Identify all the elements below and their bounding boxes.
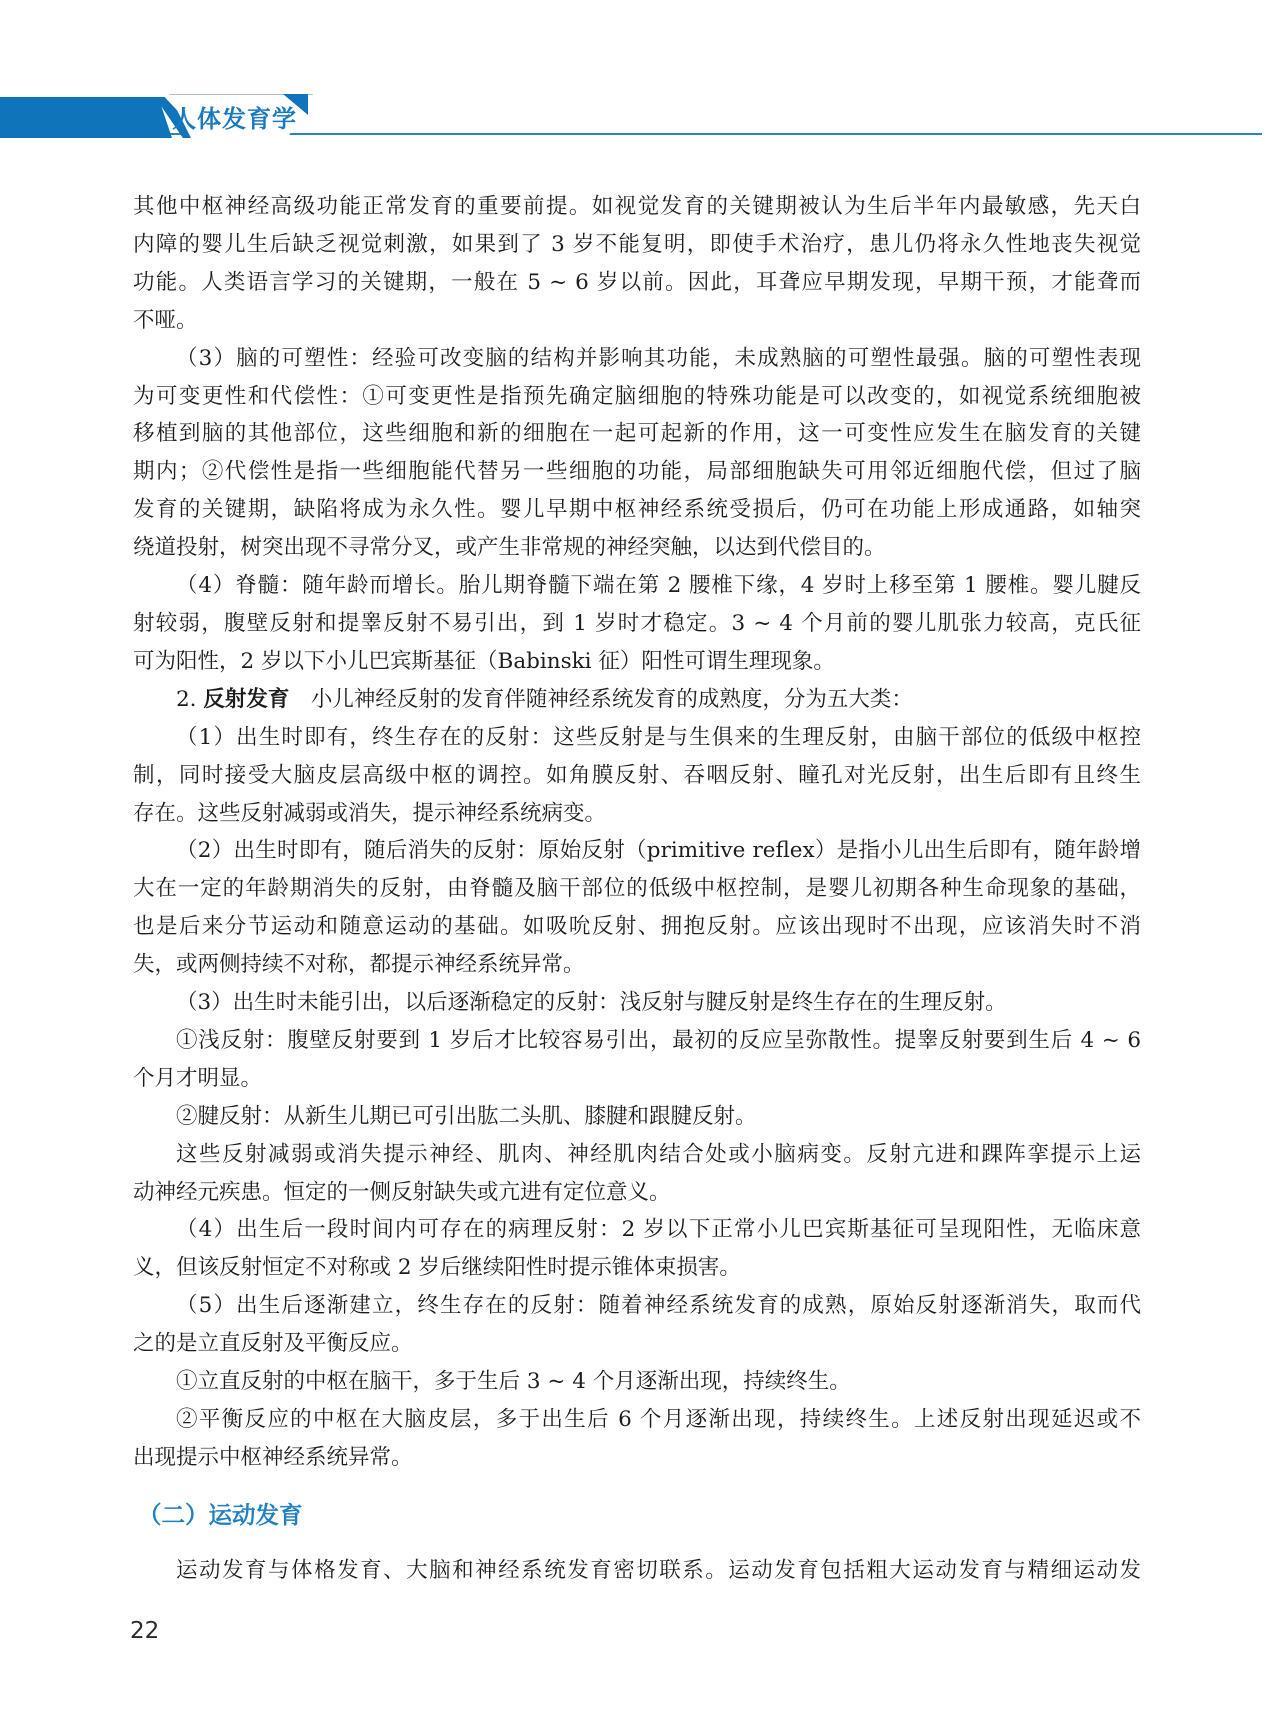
text-line: 也是后来分节运动和随意运动的基础。如吸吮反射、拥抱反射。应该出现时不出现，应该消… <box>133 908 1141 946</box>
page-number: 22 <box>130 1618 159 1644</box>
text-line: 之的是立直反射及平衡反应。 <box>133 1325 1141 1363</box>
text-line: 大在一定的年龄期消失的反射，由脊髓及脑干部位的低级中枢控制，是婴儿初期各种生命现… <box>133 870 1141 908</box>
text-segment: 2. <box>176 687 203 712</box>
text-line: （1）出生时即有，终生存在的反射：这些反射是与生俱来的生理反射，由脑干部位的低级… <box>133 719 1141 757</box>
text-line: 内障的婴儿生后缺乏视觉刺激，如果到了 3 岁不能复明，即使手术治疗，患儿仍将永久… <box>133 226 1141 264</box>
text-line: 运动发育与体格发育、大脑和神经系统发育密切联系。运动发育包括粗大运动发育与精细运… <box>133 1552 1141 1590</box>
text-line: （4）出生后一段时间内可存在的病理反射：2 岁以下正常小儿巴宾斯基征可呈现阳性，… <box>133 1211 1141 1249</box>
text-line: ②平衡反应的中枢在大脑皮层，多于出生后 6 个月逐渐出现，持续终生。上述反射出现… <box>133 1401 1141 1439</box>
text-line: 这些反射减弱或消失提示神经、肌肉、神经肌肉结合处或小脑病变。反射亢进和踝阵挛提示… <box>133 1136 1141 1174</box>
text-line: （5）出生后逐渐建立，终生存在的反射：随着神经系统发育的成熟，原始反射逐渐消失，… <box>133 1287 1141 1325</box>
text-line: 发育的关键期，缺陷将成为永久性。婴儿早期中枢神经系统受损后，仍可在功能上形成通路… <box>133 491 1141 529</box>
text-line: 功能。人类语言学习的关键期，一般在 5 ~ 6 岁以前。因此，耳聋应早期发现，早… <box>133 264 1141 302</box>
text-line: （3）出生时未能引出，以后逐渐稳定的反射：浅反射与腱反射是终生存在的生理反射。 <box>133 984 1141 1022</box>
text-line: 失，或两侧持续不对称，都提示神经系统异常。 <box>133 946 1141 984</box>
text-line: 不哑。 <box>133 302 1141 340</box>
text-line: 移植到脑的其他部位，这些细胞和新的细胞在一起可起新的作用，这一可变性应发生在脑发… <box>133 415 1141 453</box>
text-line: 其他中枢神经高级功能正常发育的重要前提。如视觉发育的关键期被认为生后半年内最敏感… <box>133 188 1141 226</box>
text-line: ①立直反射的中枢在脑干，多于生后 3 ~ 4 个月逐渐出现，持续终生。 <box>133 1363 1141 1401</box>
running-header: 人体发育学 <box>0 94 1275 138</box>
text-segment: 小儿神经反射的发育伴随神经系统发育的成熟度，分为五大类： <box>289 687 913 712</box>
text-line: 射较弱，腹壁反射和提睾反射不易引出，到 1 岁时才稳定。3 ~ 4 个月前的婴儿… <box>133 605 1141 643</box>
header-rule-line <box>150 133 1262 135</box>
text-line: 出现提示中枢神经系统异常。 <box>133 1439 1141 1477</box>
text-line: 绕道投射，树突出现不寻常分叉，或产生非常规的神经突触，以达到代偿目的。 <box>133 529 1141 567</box>
booklet-title: 人体发育学 <box>172 100 297 132</box>
text-line: 为可变更性和代偿性：①可变更性是指预先确定脑细胞的特殊功能是可以改变的，如视觉系… <box>133 378 1141 416</box>
text-line: 可为阳性，2 岁以下小儿巴宾斯基征（Babinski 征）阳性可谓生理现象。 <box>133 643 1141 681</box>
text-line: （3）脑的可塑性：经验可改变脑的结构并影响其功能，未成熟脑的可塑性最强。脑的可塑… <box>133 340 1141 378</box>
bold-term: 反射发育 <box>203 687 289 712</box>
text-line: 期内；②代偿性是指一些细胞能代替另一些细胞的功能，局部细胞缺失可用邻近细胞代偿，… <box>133 453 1141 491</box>
body-text: 其他中枢神经高级功能正常发育的重要前提。如视觉发育的关键期被认为生后半年内最敏感… <box>133 188 1141 1590</box>
text-line: 个月才明显。 <box>133 1060 1141 1098</box>
text-line: （2）出生时即有，随后消失的反射：原始反射（primitive reflex）是… <box>133 832 1141 870</box>
text-line: 动神经元疾患。恒定的一侧反射缺失或亢进有定位意义。 <box>133 1174 1141 1212</box>
text-line: （4）脊髓：随年龄而增长。胎儿期脊髓下端在第 2 腰椎下缘，4 岁时上移至第 1… <box>133 567 1141 605</box>
header-blue-bar <box>0 97 172 138</box>
section-heading: （二）运动发育 <box>133 1498 1141 1532</box>
text-line: 义，但该反射恒定不对称或 2 岁后继续阳性时提示锥体束损害。 <box>133 1249 1141 1287</box>
textbook-page: 人体发育学 其他中枢神经高级功能正常发育的重要前提。如视觉发育的关键期被认为生后… <box>0 0 1275 1718</box>
text-line: ①浅反射：腹壁反射要到 1 岁后才比较容易引出，最初的反应呈弥散性。提睾反射要到… <box>133 1022 1141 1060</box>
text-line: 制，同时接受大脑皮层高级中枢的调控。如角膜反射、吞咽反射、瞳孔对光反射，出生后即… <box>133 757 1141 795</box>
text-line: ②腱反射：从新生儿期已可引出肱二头肌、膝腱和跟腱反射。 <box>133 1098 1141 1136</box>
text-line: 2. 反射发育 小儿神经反射的发育伴随神经系统发育的成熟度，分为五大类： <box>133 681 1141 719</box>
text-line: 存在。这些反射减弱或消失，提示神经系统病变。 <box>133 795 1141 833</box>
